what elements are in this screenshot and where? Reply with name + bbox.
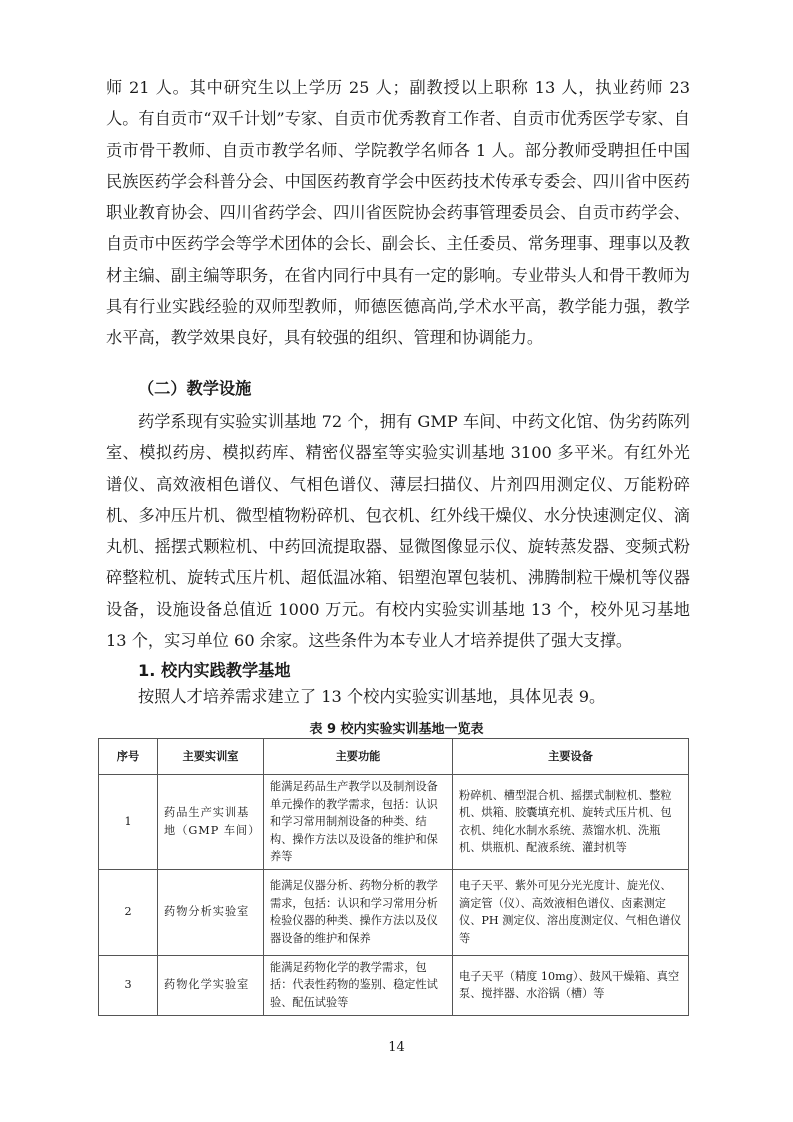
cell-room: 药物分析实验室 [158,869,264,955]
header-room: 主要实训室 [158,739,264,775]
cell-no: 1 [99,775,158,870]
cell-room: 药物化学实验室 [158,955,264,1015]
cell-equipment: 电子天平、紫外可见分光光度计、旋光仪、滴定管（仪）、高效液相色谱仪、卤素测定仪、… [453,869,689,955]
cell-function: 能满足药品生产教学以及制剂设备单元操作的教学需求，包括：认识和学习常用制剂设备的… [264,775,453,870]
header-equipment: 主要设备 [453,739,689,775]
table-header-row: 序号 主要实训室 主要功能 主要设备 [99,739,689,775]
cell-room: 药品生产实训基地（GMP 车间） [158,775,264,870]
page-number: 14 [0,1040,793,1055]
paragraph-facilities: 药学系现有实验实训基地 72 个，拥有 GMP 车间、中药文化馆、伪劣药陈列室、… [106,406,690,656]
header-no: 序号 [99,739,158,775]
table-row: 3 药物化学实验室 能满足药物化学的教学需求，包括：代表性药物的鉴别、稳定性试验… [99,955,689,1015]
cell-no: 3 [99,955,158,1015]
paragraph-faculty: 师 21 人。其中研究生以上学历 25 人；副教授以上职称 13 人，执业药师 … [106,72,690,354]
cell-equipment: 电子天平（精度 10mg）、鼓风干燥箱、真空泵、搅拌器、水浴锅（槽）等 [453,955,689,1015]
cell-function: 能满足药物化学的教学需求，包括：代表性药物的鉴别、稳定性试验、配伍试验等 [264,955,453,1015]
table-row: 2 药物分析实验室 能满足仪器分析、药物分析的教学需求，包括：认识和学习常用分析… [99,869,689,955]
header-function: 主要功能 [264,739,453,775]
paragraph-table-intro: 按照人才培养需求建立了 13 个校内实验实训基地，具体见表 9。 [106,681,690,712]
document-page: 师 21 人。其中研究生以上学历 25 人；副教授以上职称 13 人，执业药师 … [0,0,793,1122]
table-caption: 表 9 校内实验实训基地一览表 [0,718,793,737]
heading-campus-bases: 1. 校内实践教学基地 [138,657,291,681]
cell-equipment: 粉碎机、槽型混合机、摇摆式制粒机、整粒机、烘箱、胶囊填充机、旋转式压片机、包衣机… [453,775,689,870]
cell-function: 能满足仪器分析、药物分析的教学需求，包括：认识和学习常用分析检验仪器的种类、操作… [264,869,453,955]
cell-no: 2 [99,869,158,955]
table-row: 1 药品生产实训基地（GMP 车间） 能满足药品生产教学以及制剂设备单元操作的教… [99,775,689,870]
heading-teaching-facilities: （二）教学设施 [138,375,251,399]
campus-bases-table: 序号 主要实训室 主要功能 主要设备 1 药品生产实训基地（GMP 车间） 能满… [98,738,689,1016]
